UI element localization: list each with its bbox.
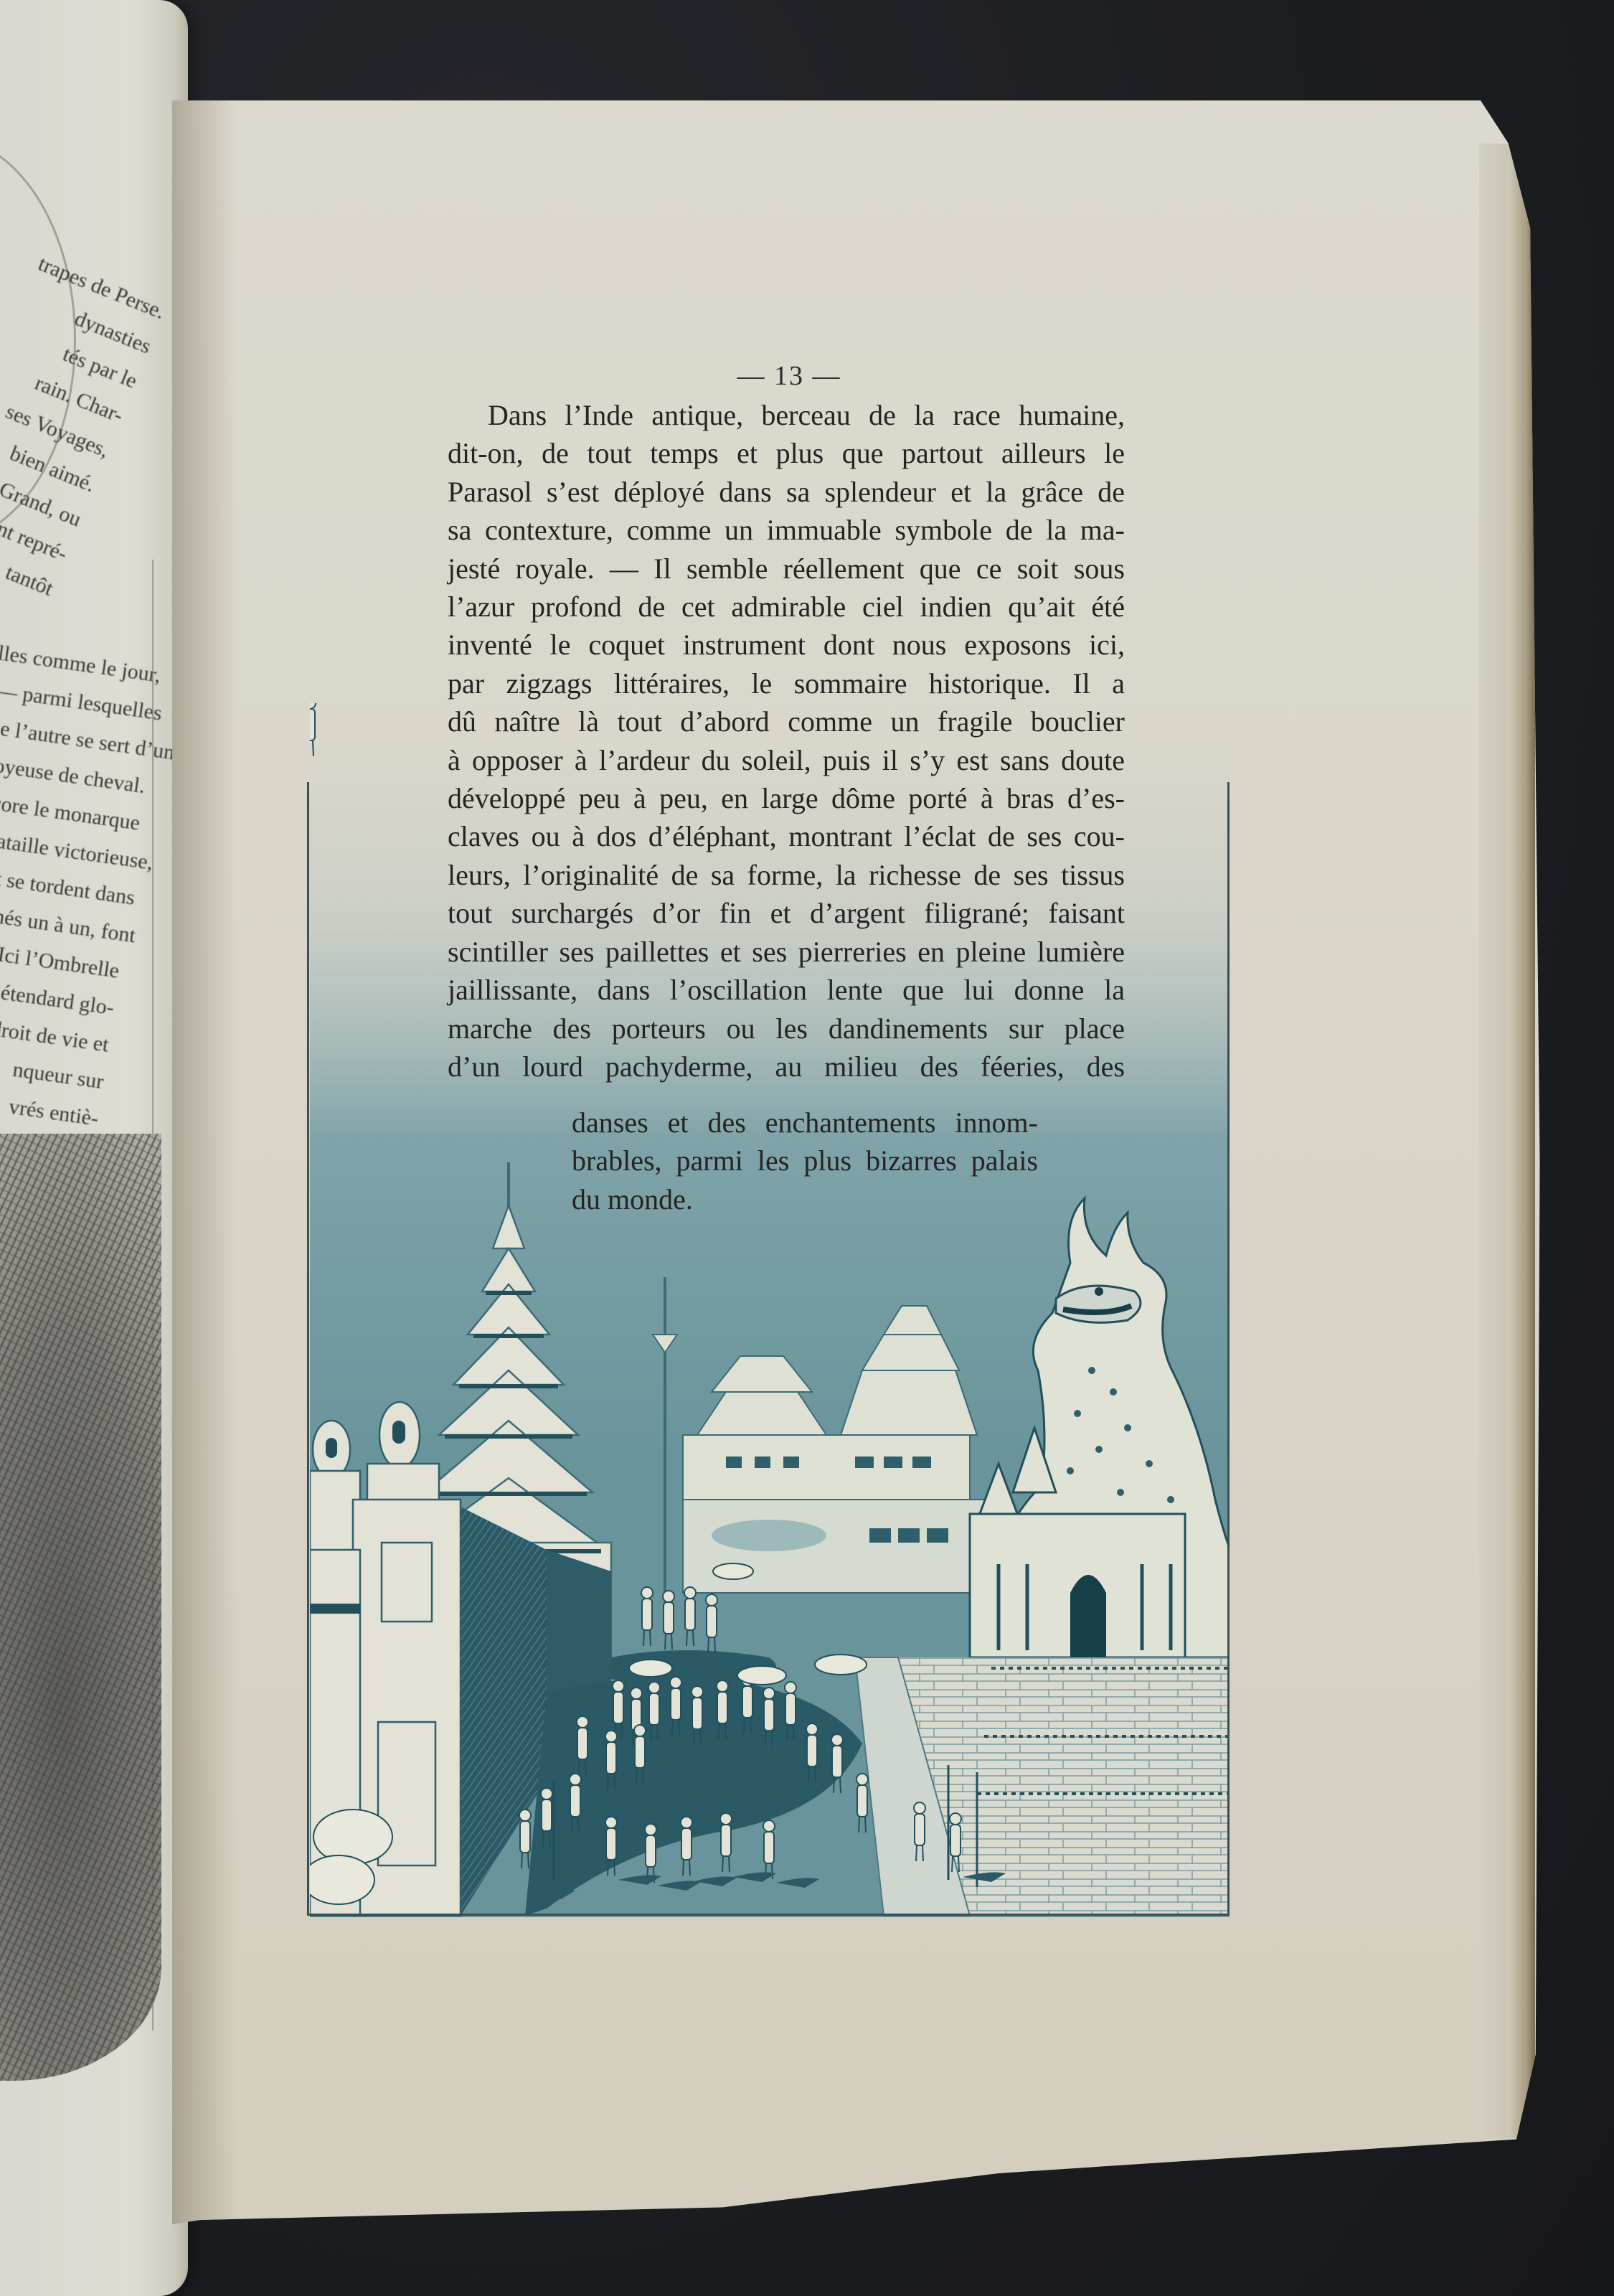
horse-rider-engraving [0, 1134, 161, 2081]
text-line: danses et des enchantements innom- [572, 1104, 1038, 1142]
text-line: Parasol s’est déployé dans sa splendeur … [448, 473, 1125, 511]
text-line: par zigzags littéraires, le sommaire his… [448, 664, 1125, 702]
main-paragraph: Dans l’Inde antique, berceau de la race … [448, 396, 1125, 1086]
text-line: jesté royale. — Il semble réellement que… [448, 550, 1125, 588]
text-line: développé peu à peu, en large dôme porté… [448, 779, 1125, 817]
left-page-text-upper: trapes de Perse. dynasties tés par le ra… [0, 215, 171, 607]
text-line: tout surchargés d’or fin et d’argent fil… [448, 894, 1125, 932]
text-line: inventé le coquet instrument dont nous e… [448, 626, 1125, 664]
text-line: dû naître là tout d’abord comme un fragi… [448, 702, 1125, 740]
text-line: scintiller ses paillettes et ses pierrer… [448, 933, 1125, 971]
text-line: l’azur profond de cet admirable ciel ind… [448, 588, 1125, 626]
text-line: d’un lourd pachyderme, au milieu des fée… [448, 1048, 1125, 1086]
left-page-text-lower: belles comme le jour, ge — parmi lesquel… [0, 631, 163, 1138]
text-line: jaillissante, dans l’oscillation lente q… [448, 971, 1125, 1009]
page-number: — 13 — [717, 360, 861, 392]
text-line: à opposer à l’ardeur du soleil, puis il … [448, 741, 1125, 779]
text-line: Dans l’Inde antique, berceau de la race … [448, 396, 1125, 434]
text-line: marche des porteurs ou les dandinements … [448, 1010, 1125, 1048]
text-line: dit-on, de tout temps et plus que partou… [448, 434, 1125, 472]
page-edge [1479, 143, 1535, 2138]
text-line: leurs, l’originalité de sa forme, la ric… [448, 856, 1125, 894]
gutter-shadow [172, 100, 237, 2224]
text-line: claves ou à dos d’éléphant, montrant l’é… [448, 817, 1125, 855]
left-page: trapes de Perse. dynasties tés par le ra… [0, 0, 188, 2296]
text-line: sa contexture, comme un immuable symbole… [448, 511, 1125, 549]
text-line: brables, parmi les plus bizarres palais [572, 1142, 1038, 1180]
text-line: du monde. [572, 1180, 1038, 1218]
inset-paragraph: danses et des enchantements innom- brabl… [572, 1104, 1038, 1218]
